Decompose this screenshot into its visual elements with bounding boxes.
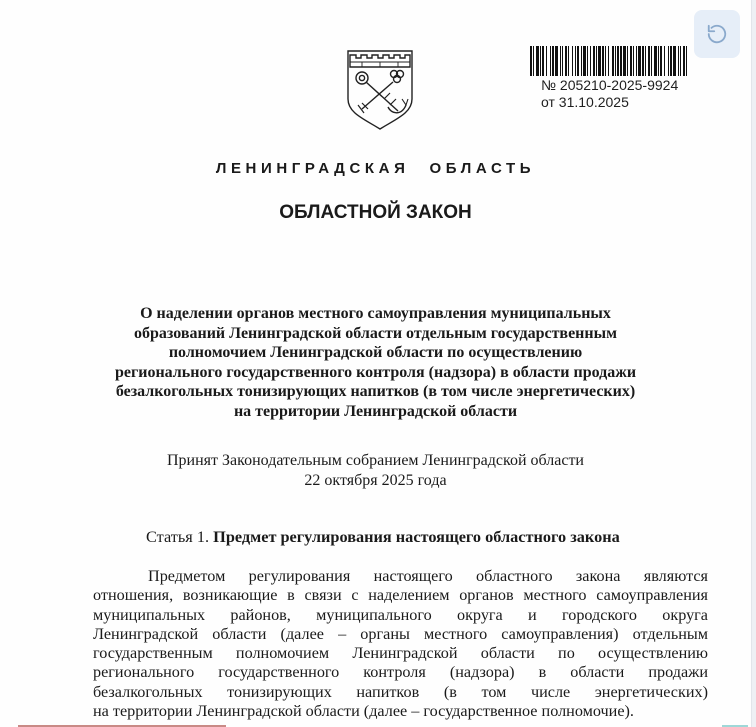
article-body-line: муниципальных районов, муниципального ок… <box>93 606 708 625</box>
article-title: Предмет регулирования настоящего областн… <box>213 527 620 546</box>
law-type-heading: ОБЛАСТНОЙ ЗАКОН <box>0 202 751 224</box>
article-body-line: Предметом регулирования настоящего облас… <box>93 567 708 586</box>
article-body-line: государственным полномочием Ленинградско… <box>93 644 708 663</box>
article-number: Статья 1. <box>146 527 209 546</box>
region-word-1: ЛЕНИНГРАДСКАЯ <box>216 160 410 177</box>
article-heading: Статья 1. Предмет регулирования настояще… <box>146 527 620 547</box>
law-title-line: образований Ленинградской области отдель… <box>0 324 751 344</box>
article-body-line: на территории Ленинградской области (дал… <box>93 702 708 721</box>
registration-number: № 205210-2025-9924 <box>541 77 678 93</box>
article-body-line: Ленинградской области (далее – органы ме… <box>93 625 708 644</box>
rotate-ccw-icon <box>706 23 728 45</box>
region-title: ЛЕНИНГРАДСКАЯОБЛАСТЬ <box>0 160 751 177</box>
restore-button[interactable] <box>694 10 740 58</box>
article-body: Предметом регулирования настоящего облас… <box>93 567 708 721</box>
document-page: № 205210-2025-9924 от 31.10.2025 ЛЕНИНГР… <box>0 0 751 727</box>
law-title-line: полномочием Ленинградской области по осу… <box>0 343 751 363</box>
coat-of-arms-icon <box>344 47 416 131</box>
law-title-line: безалкогольных тонизирующих напитков (в … <box>0 382 751 402</box>
adoption-date: 22 октября 2025 года <box>0 471 751 491</box>
region-word-2: ОБЛАСТЬ <box>429 160 535 177</box>
law-title-line: О наделении органов местного самоуправле… <box>0 304 751 324</box>
article-body-line: безалкогольных тонизирующих напитков (в … <box>93 683 708 702</box>
article-body-line: регионального государственного контроля … <box>93 663 708 682</box>
registration-date: от 31.10.2025 <box>541 94 629 110</box>
article-body-line: отношения, возникающие в связи с наделен… <box>93 586 708 605</box>
law-title: О наделении органов местного самоуправле… <box>0 304 751 422</box>
barcode-icon <box>530 46 692 76</box>
law-title-line: на территории Ленинградской области <box>0 402 751 422</box>
adoption-info: Принят Законодательным собранием Ленингр… <box>0 451 751 490</box>
law-title-line: регионального государственного контроля … <box>0 363 751 383</box>
adoption-line-1: Принят Законодательным собранием Ленингр… <box>0 451 751 471</box>
scrollbar-track[interactable] <box>751 0 756 727</box>
